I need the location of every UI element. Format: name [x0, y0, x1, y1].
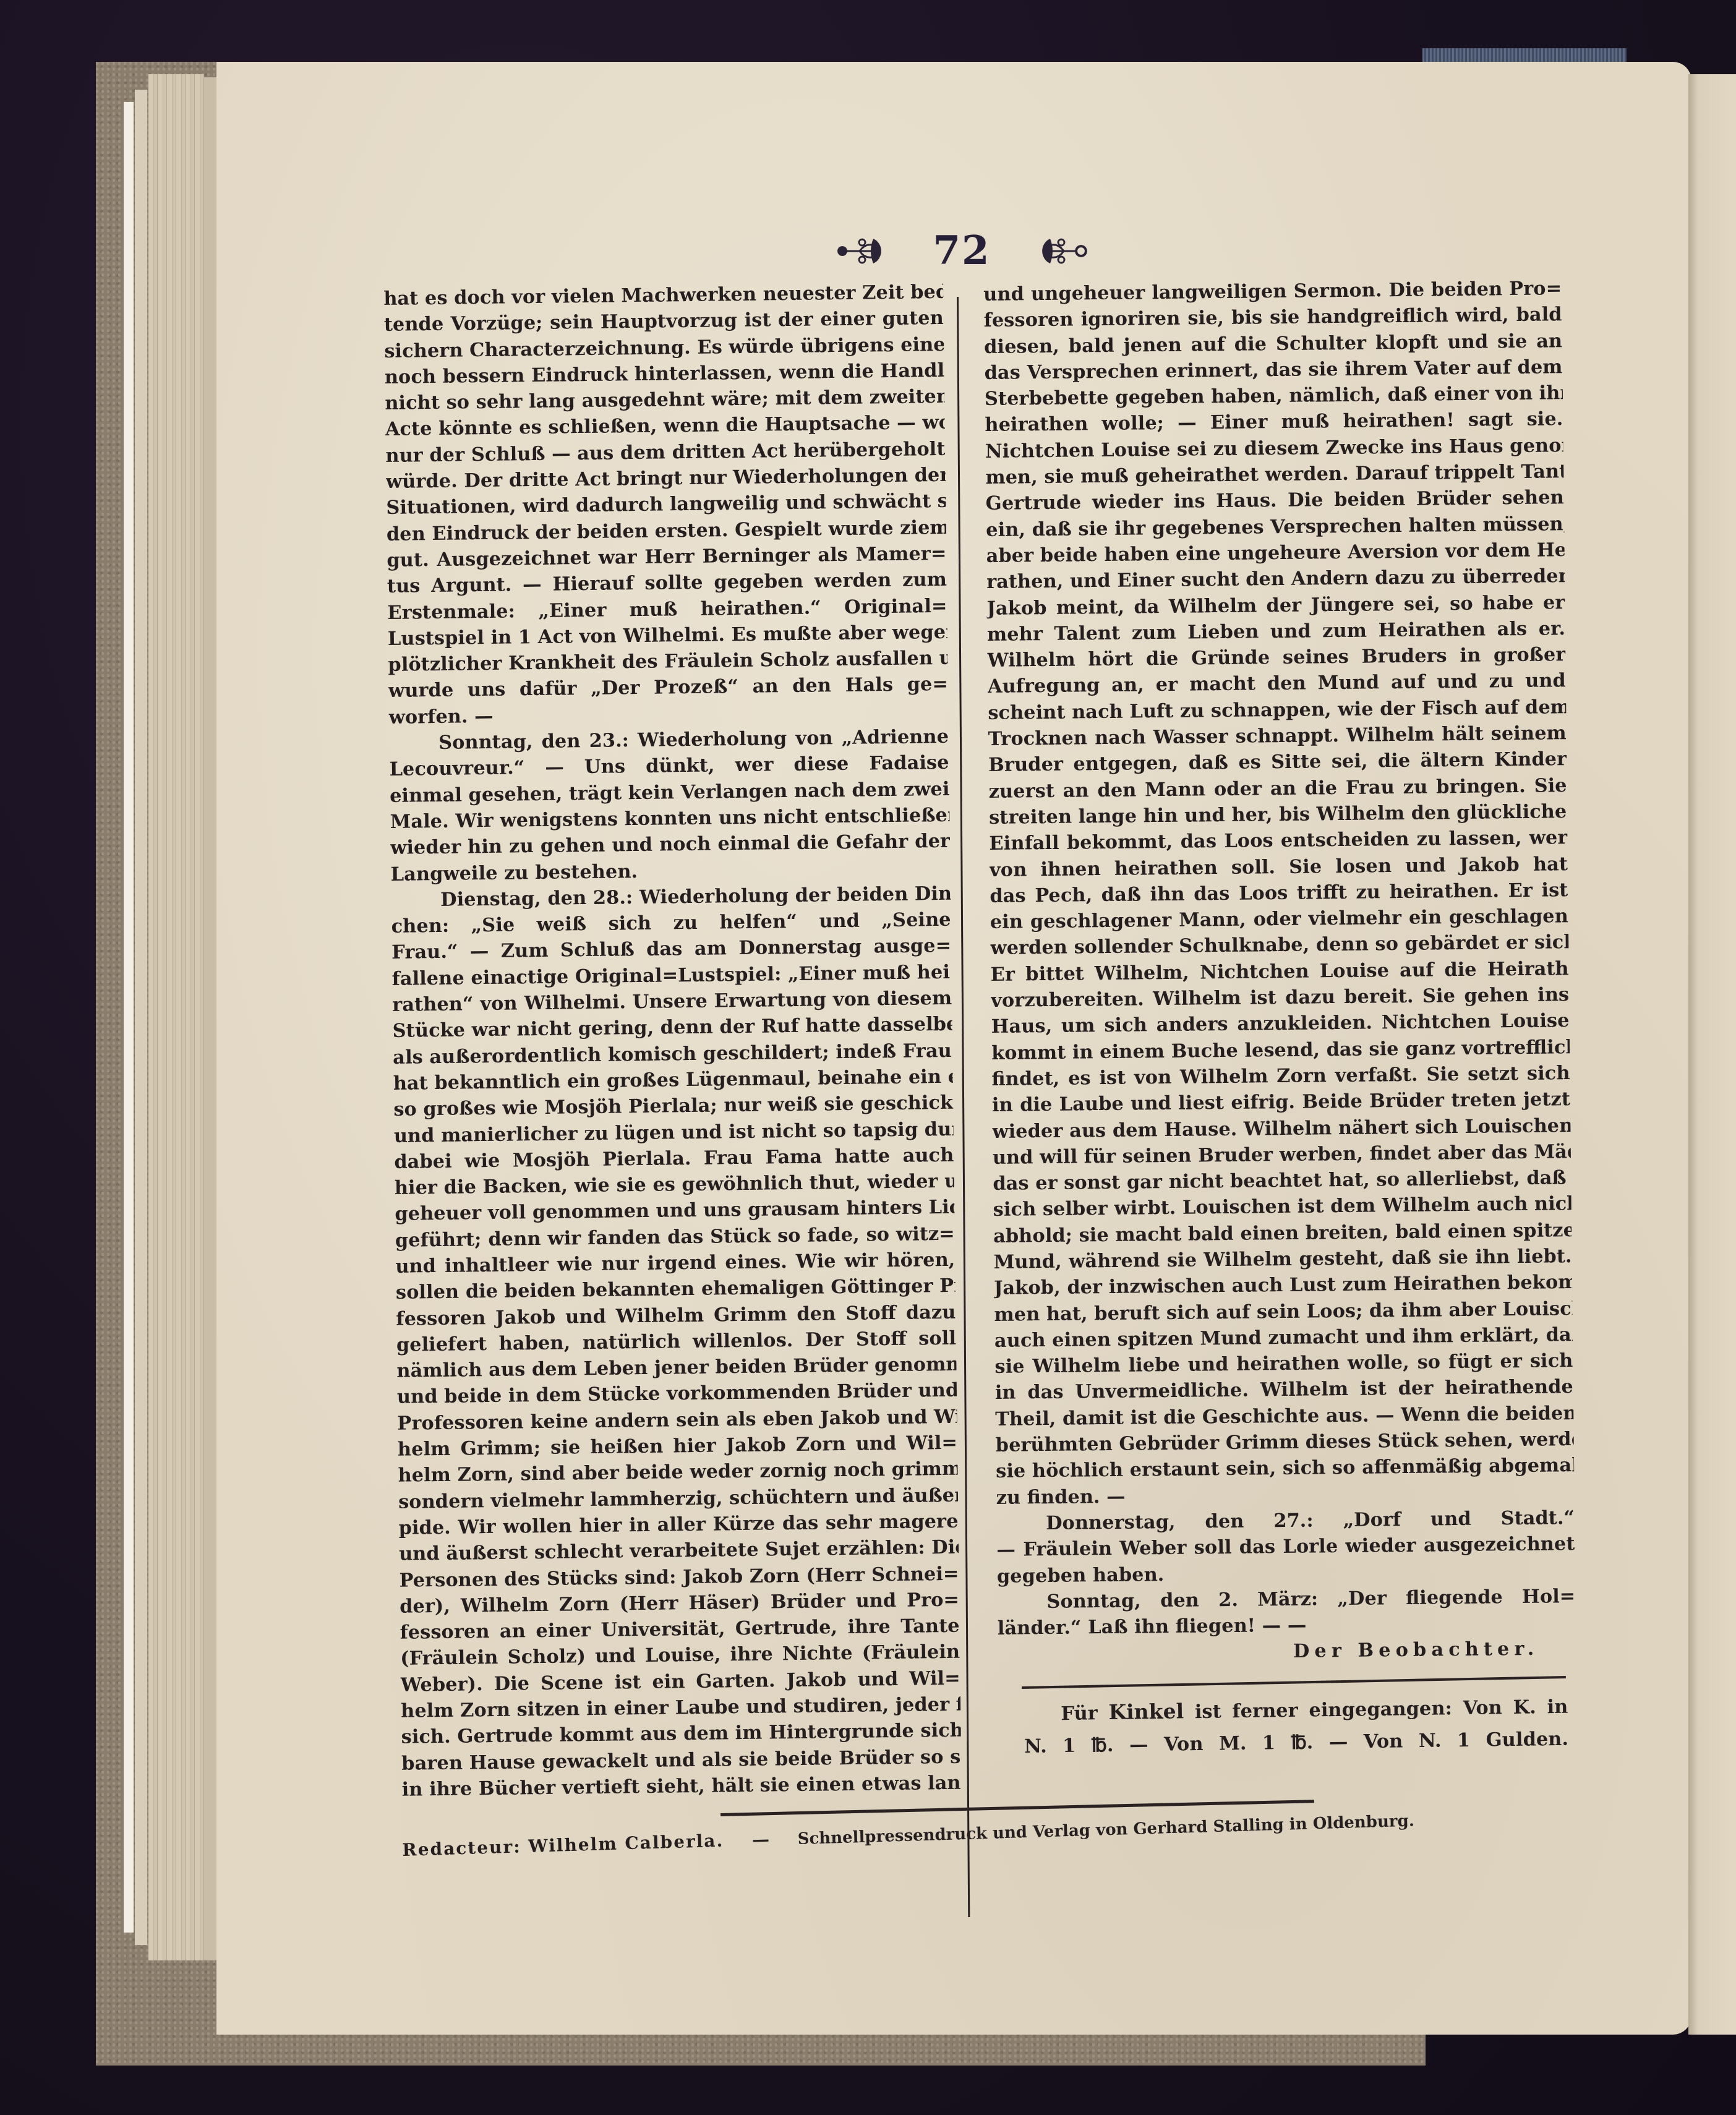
page-number: 72: [933, 228, 990, 274]
notice-name: Kinkel: [1108, 1699, 1184, 1724]
left-column-text: hat es doch vor vielen Machwerken neuest…: [383, 279, 962, 1803]
fleuron-right-icon: [1027, 235, 1088, 266]
notice-line-2: N. 1 ℔. — Von M. 1 ℔. — Von N. 1 Gulden.: [1024, 1723, 1569, 1762]
editor-credit: Redacteur: Wilhelm Calberla.: [402, 1831, 724, 1860]
section-rule: [1022, 1676, 1566, 1689]
imprint-footer: Redacteur: Wilhelm Calberla. — Schnellpr…: [402, 1805, 1577, 1860]
page-header: 72: [832, 226, 1092, 275]
footer-rule: [720, 1800, 1314, 1816]
kinkel-donation-notice: Für Kinkel ist ferner eingegangen: Von K…: [1024, 1690, 1568, 1762]
footer-separator: —: [751, 1829, 769, 1850]
printer-credit: Schnellpressendruck und Verlag von Gerha…: [797, 1811, 1414, 1848]
fleuron-left-icon: [835, 235, 897, 266]
right-column-text: und ungeheuer langweiligen Sermon. Die b…: [983, 275, 1576, 1667]
page-content: 72 hat es doch vor vielen Machwerken neu…: [0, 0, 1736, 2115]
